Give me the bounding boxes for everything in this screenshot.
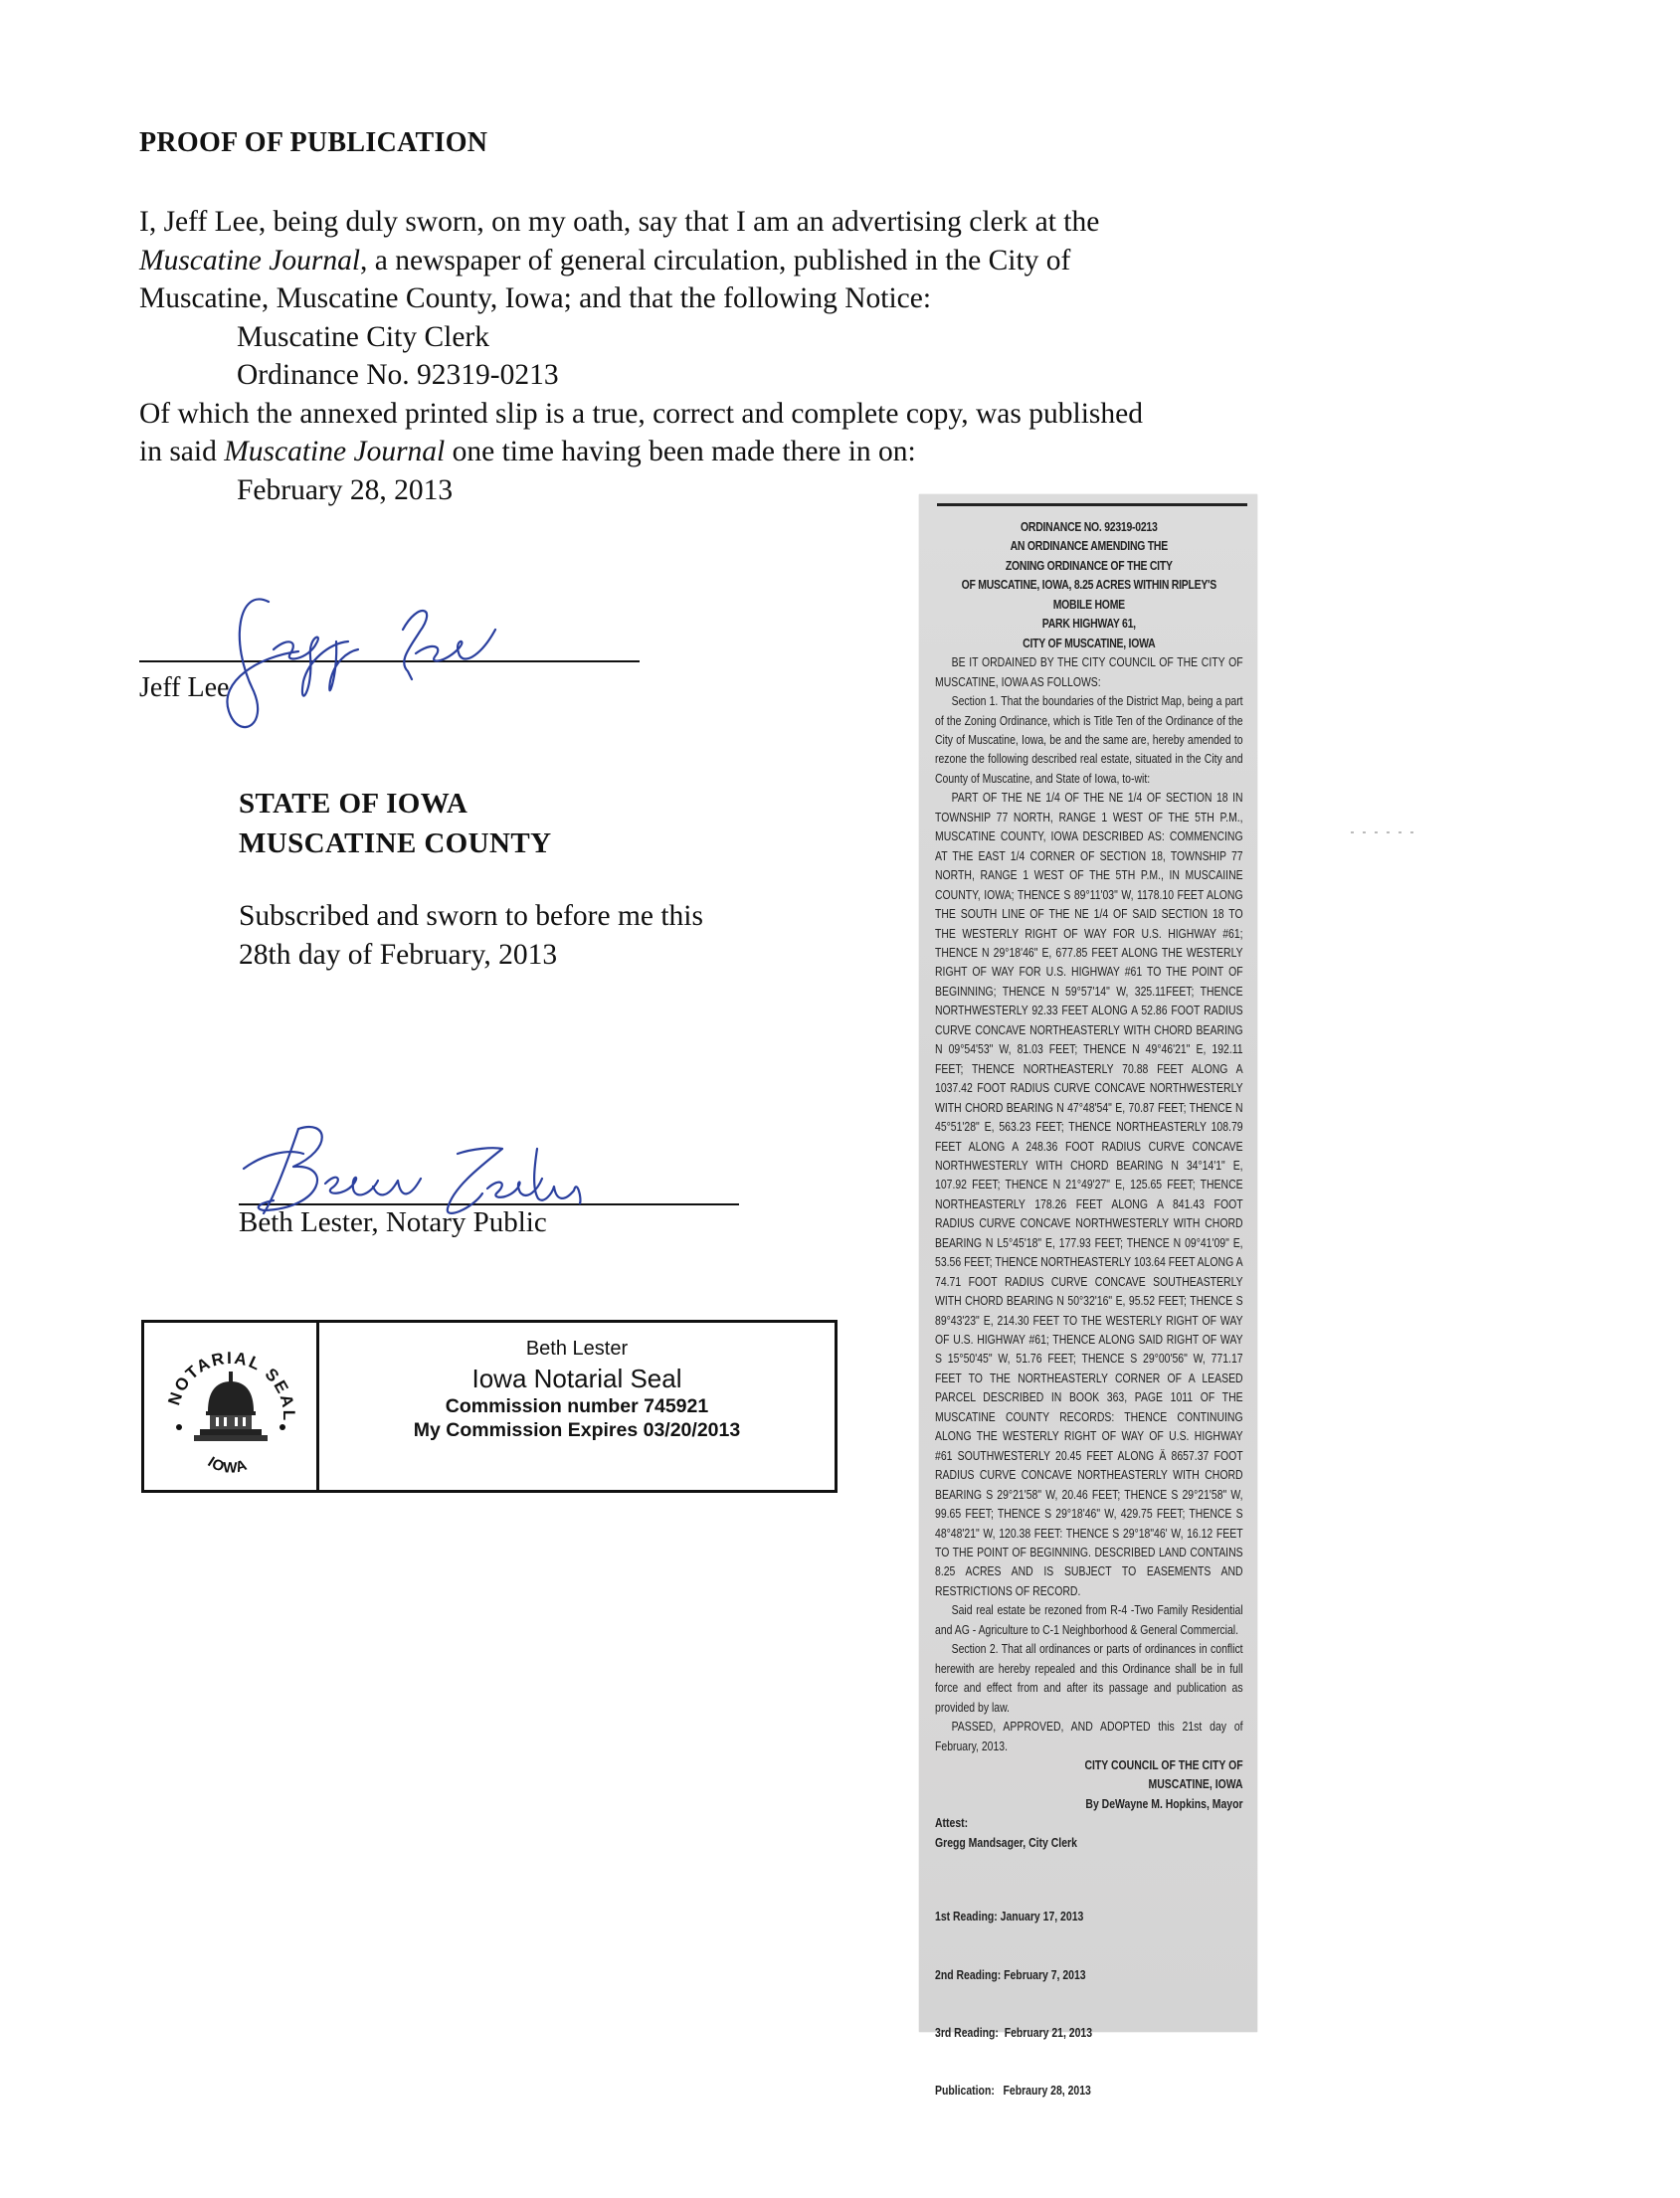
statement-line-1: I, Jeff Lee, being duly sworn, on my oat…: [139, 203, 1143, 242]
ordinance-preamble: BE IT ORDAINED BY THE CITY COUNCIL OF TH…: [935, 653, 1243, 692]
attest-label: Attest:: [935, 1814, 1243, 1833]
city-clerk: Gregg Mandsager, City Clerk: [935, 1834, 1243, 1853]
ordinance-section-1: Section 1. That the boundaries of the Di…: [935, 692, 1243, 789]
ordinance-text: ORDINANCE NO. 92319-0213 AN ORDINANCE AM…: [935, 518, 1243, 2140]
notarial-seal-stamp: NOTARIAL SEAL IOWA Beth Lester Iowa No: [141, 1320, 838, 1493]
scan-artifact: [1351, 831, 1420, 833]
venue-county: MUSCATINE COUNTY: [239, 824, 551, 863]
seal-commission-expiry: My Commission Expires 03/20/2013: [319, 1418, 835, 1442]
ordinance-rezoning: Said real estate be rezoned from R-4 -Tw…: [935, 1601, 1243, 1640]
statement-line-2: Muscatine Journal, a newspaper of genera…: [139, 242, 1143, 280]
document-title: PROOF OF PUBLICATION: [139, 127, 487, 159]
reading-item: 1st Reading: January 17, 2013: [935, 1908, 1243, 1926]
jurat: Subscribed and sworn to before me this 2…: [239, 897, 703, 975]
seal-title: Iowa Notarial Seal: [319, 1363, 835, 1394]
notice-publisher: Muscatine City Clerk: [139, 318, 1143, 357]
statement-line-5: in said Muscatine Journal one time havin…: [139, 433, 1143, 471]
svg-text:IOWA: IOWA: [204, 1454, 249, 1477]
jurat-line-2: 28th day of February, 2013: [239, 936, 703, 975]
statement-line-3: Muscatine, Muscatine County, Iowa; and t…: [139, 279, 1143, 318]
affiant-handwritten-signature-icon: [199, 582, 537, 736]
seal-notary-name: Beth Lester: [319, 1335, 835, 1363]
reading-item: Publication: Febraury 28, 2013: [935, 2082, 1243, 2101]
clipping-top-rule: [937, 503, 1247, 506]
venue-state: STATE OF IOWA: [239, 784, 551, 824]
notice-ordinance: Ordinance No. 92319-0213: [139, 356, 1143, 395]
ordinance-passed: PASSED, APPROVED, AND ADOPTED this 21st …: [935, 1718, 1243, 1756]
ordinance-legal-description: PART OF THE NE 1/4 OF THE NE 1/4 OF SECT…: [935, 789, 1243, 1601]
seal-commission-number: Commission number 745921: [319, 1394, 835, 1418]
reading-item: 3rd Reading: February 21, 2013: [935, 2024, 1243, 2043]
statement-line-4: Of which the annexed printed slip is a t…: [139, 395, 1143, 434]
capitol-dome-seal-icon: NOTARIAL SEAL IOWA: [156, 1332, 305, 1481]
notary-handwritten-signature-icon: [234, 1109, 632, 1228]
ordinance-section-2: Section 2. That all ordinances or parts …: [935, 1640, 1243, 1718]
council-signature: CITY COUNCIL OF THE CITY OF MUSCATINE, I…: [935, 1756, 1243, 1814]
reading-schedule: 1st Reading: January 17, 2013 2nd Readin…: [935, 1869, 1243, 2139]
newspaper-name: Muscatine Journal: [139, 245, 360, 276]
seal-emblem: NOTARIAL SEAL IOWA: [144, 1323, 319, 1490]
affidavit-statement: I, Jeff Lee, being duly sworn, on my oat…: [139, 203, 1143, 509]
mayor-signature: By DeWayne M. Hopkins, Mayor: [935, 1795, 1243, 1814]
newspaper-clipping: ORDINANCE NO. 92319-0213 AN ORDINANCE AM…: [919, 494, 1257, 2032]
seal-details: Beth Lester Iowa Notarial Seal Commissio…: [319, 1323, 835, 1490]
ordinance-heading: ORDINANCE NO. 92319-0213 AN ORDINANCE AM…: [935, 518, 1243, 653]
venue-block: STATE OF IOWA MUSCATINE COUNTY: [239, 784, 551, 863]
jurat-line-1: Subscribed and sworn to before me this: [239, 897, 703, 936]
reading-item: 2nd Reading: February 7, 2013: [935, 1966, 1243, 1985]
